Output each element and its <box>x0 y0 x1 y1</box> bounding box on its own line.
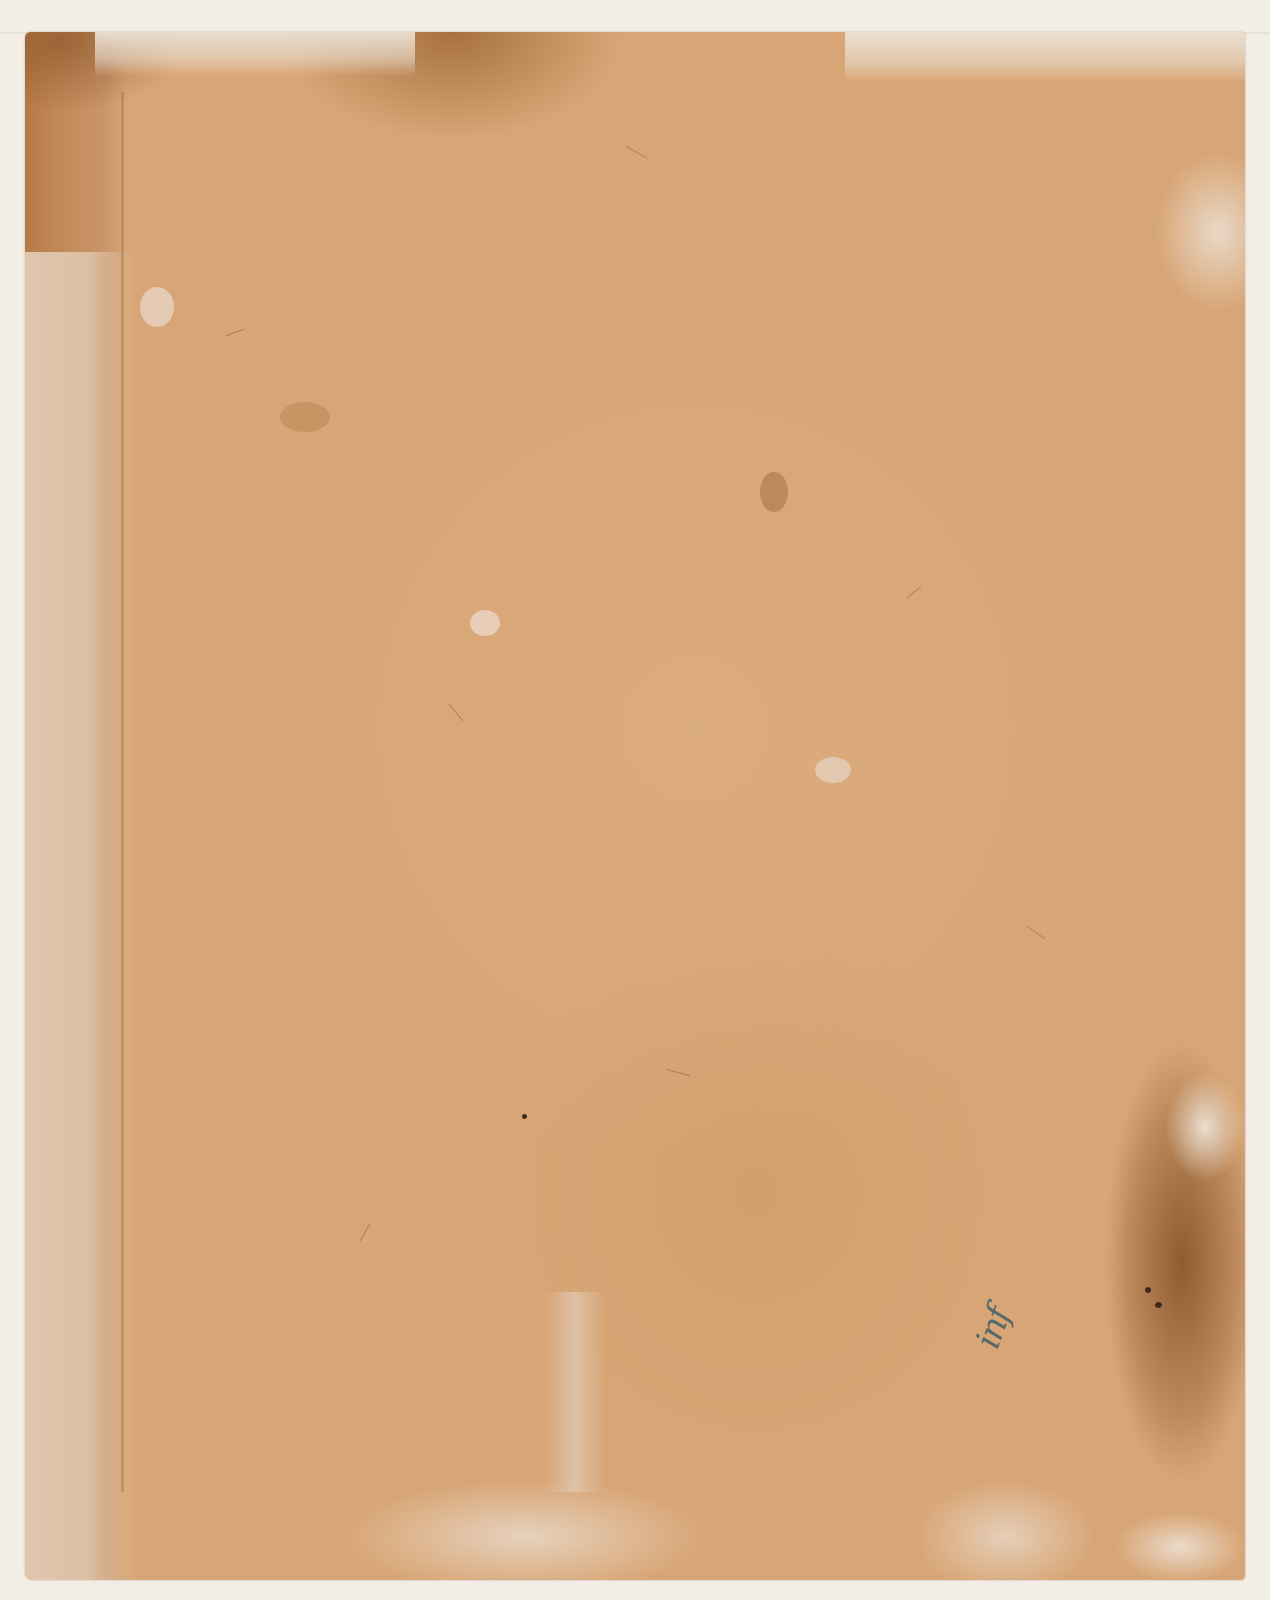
ink-dot <box>522 1114 527 1119</box>
paper-fiber <box>907 586 921 598</box>
bottom-right-tissue-fluff <box>1115 1512 1245 1580</box>
paper-fiber <box>360 1224 371 1242</box>
paper-tone <box>25 32 1245 1580</box>
bottom-tissue-repair-2 <box>905 1472 1105 1580</box>
fox-mark <box>280 402 330 432</box>
left-edge-stain <box>25 32 135 1580</box>
right-upper-tissue-repair <box>1155 152 1245 312</box>
thin-spot <box>470 610 500 636</box>
fold-line <box>121 92 124 1492</box>
fox-mark <box>760 472 788 512</box>
top-left-tissue-repair <box>95 32 415 77</box>
bottom-tissue-strip <box>545 1292 605 1492</box>
top-right-tissue-repair <box>845 32 1245 82</box>
thin-spot <box>815 757 851 783</box>
paper-fiber <box>225 329 244 337</box>
ink-dot <box>1145 1287 1151 1293</box>
thin-spot <box>140 287 174 327</box>
paper-fiber <box>665 1069 690 1077</box>
left-tissue-repair <box>25 252 145 1580</box>
paper-fiber <box>1027 926 1046 939</box>
right-water-stain <box>1105 1042 1245 1482</box>
ink-dot <box>1155 1302 1162 1308</box>
paper-fiber <box>626 146 647 159</box>
top-water-stain <box>25 32 1245 212</box>
bottom-tissue-repair <box>325 1472 725 1580</box>
right-tissue-fluff <box>1165 1072 1245 1182</box>
paper-sheet <box>25 32 1245 1580</box>
paper-fiber <box>449 704 464 721</box>
